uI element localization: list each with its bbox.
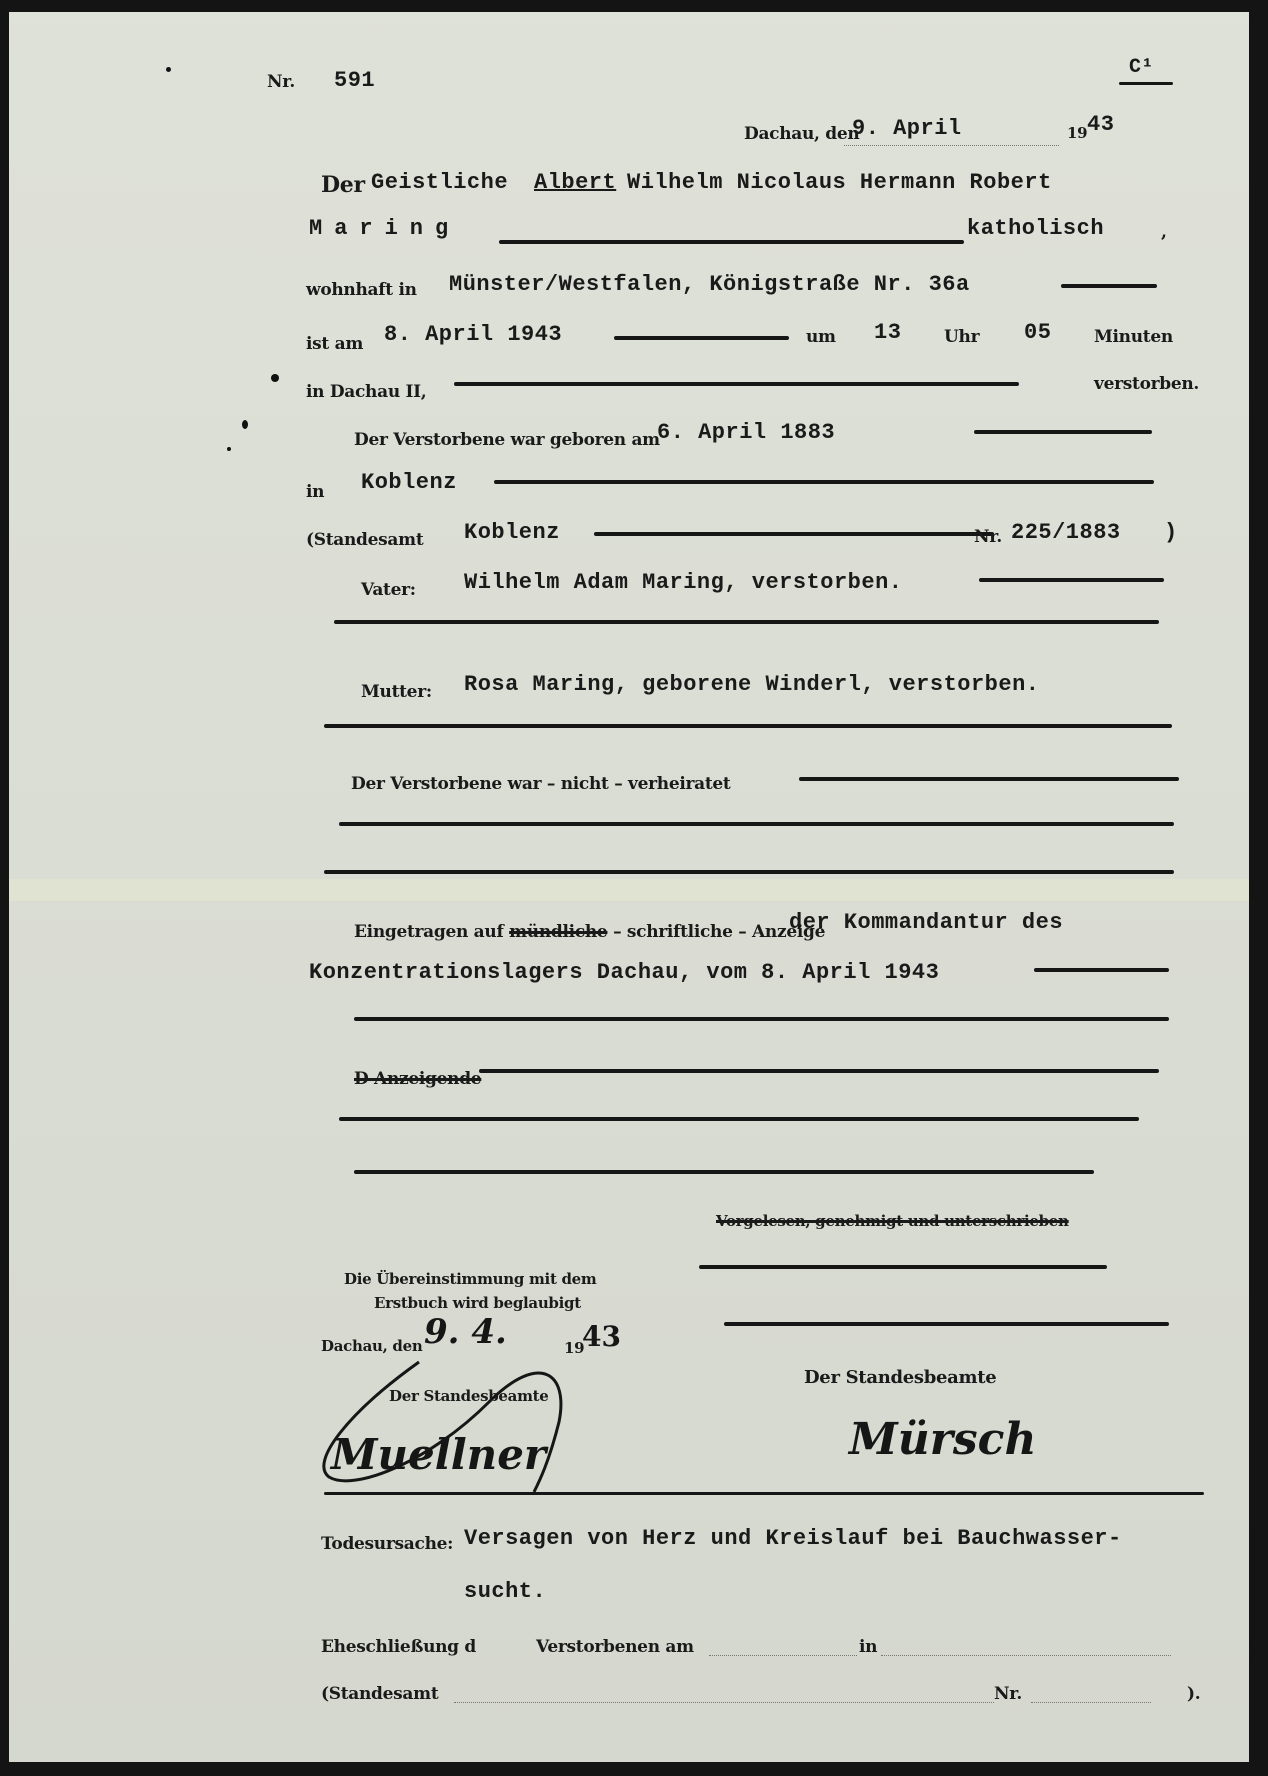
blank-line — [354, 1017, 1169, 1021]
marital-status-label: Der Verstorbene war – nicht – verheirate… — [351, 774, 731, 794]
occupation: Geistliche — [371, 170, 508, 195]
birth-registry-close: ) — [1164, 520, 1178, 545]
blank-line — [479, 1069, 1159, 1073]
birth-registry-nr-label: Nr. — [974, 527, 1002, 547]
blank-line — [699, 1265, 1107, 1269]
mother-value: Rosa Maring, geborene Winderl, verstorbe… — [464, 672, 1040, 697]
date-dotted-line — [844, 145, 1059, 146]
marriage-close: ). — [1187, 1684, 1200, 1704]
certification-line-2: Erstbuch wird beglaubigt — [374, 1294, 581, 1312]
died-label: verstorben. — [1094, 374, 1199, 394]
blank-line — [1034, 968, 1169, 972]
corner-underline — [1119, 82, 1173, 85]
religion: katholisch — [967, 216, 1104, 241]
ink-speck — [271, 374, 279, 382]
father-label: Vater: — [361, 580, 416, 600]
minute-label: Minuten — [1094, 327, 1173, 347]
blank-line — [974, 430, 1152, 434]
marriage-deceased-label: Verstorbenen am — [536, 1637, 694, 1657]
marriage-registry-label: (Standesamt — [321, 1684, 438, 1704]
blank-line — [1061, 284, 1157, 288]
cause-line-2: sucht. — [464, 1579, 546, 1604]
cause-label: Todesursache: — [321, 1534, 453, 1554]
birth-in-label: in — [306, 482, 324, 502]
birth-label: Der Verstorbene war geboren am — [354, 430, 660, 450]
marriage-place-field — [881, 1655, 1171, 1656]
register-number: 591 — [334, 68, 375, 93]
blank-line — [324, 724, 1172, 728]
given-names: Wilhelm Nicolaus Hermann Robert — [627, 170, 1052, 195]
informant-line-1: der Kommandantur des — [789, 910, 1063, 935]
ink-speck — [242, 420, 248, 429]
birth-place: Koblenz — [361, 470, 457, 495]
death-minute: 05 — [1024, 320, 1051, 345]
registrar-title: Der Standesbeamte — [804, 1367, 996, 1388]
blank-line — [339, 1117, 1139, 1121]
father-value: Wilhelm Adam Maring, verstorben. — [464, 570, 902, 595]
record-date: 9. April — [852, 116, 962, 141]
blank-line — [354, 1170, 1094, 1174]
certification-signature: Muellner — [331, 1430, 546, 1479]
cause-line-1: Versagen von Herz und Kreislauf bei Bauc… — [464, 1526, 1122, 1551]
blank-line — [614, 336, 789, 340]
blank-line — [324, 870, 1174, 874]
year-suffix: 43 — [1087, 112, 1114, 137]
blank-line — [979, 578, 1164, 582]
year-prefix: 19 — [1067, 124, 1087, 142]
birth-date: 6. April 1883 — [657, 420, 835, 445]
blank-line — [339, 822, 1174, 826]
register-label: Nr. — [267, 72, 295, 92]
paper-fold — [9, 879, 1249, 901]
blank-line — [499, 240, 964, 244]
blank-line — [454, 382, 1019, 386]
mother-label: Mutter: — [361, 682, 432, 702]
marriage-nr-field — [1031, 1702, 1151, 1703]
blank-line — [724, 1322, 1169, 1326]
died-on-label: ist am — [306, 334, 363, 354]
comma: , — [1161, 222, 1167, 242]
marriage-nr-label: Nr. — [994, 1684, 1022, 1704]
registration-label: Eingetragen auf mündliche – schriftliche… — [354, 922, 825, 942]
place-date-label: Dachau, den — [744, 124, 859, 144]
birth-registry-label: (Standesamt — [306, 530, 423, 550]
hour-label: Uhr — [944, 327, 979, 347]
birth-registry-place: Koblenz — [464, 520, 560, 545]
ink-speck — [227, 447, 231, 451]
struck-word: mündliche — [509, 922, 607, 942]
registrar-signature: Mürsch — [849, 1414, 1036, 1465]
blank-line — [594, 532, 994, 536]
struck-read-label: Vorgelesen, genehmigt und unterschrieben — [716, 1212, 1069, 1230]
blank-line — [494, 480, 1154, 484]
death-date: 8. April 1943 — [384, 322, 562, 347]
informant-line-2: Konzentrationslagers Dachau, vom 8. Apri… — [309, 960, 939, 985]
marriage-in-label: in — [859, 1637, 877, 1657]
struck-informant-label: D Anzeigende — [354, 1069, 481, 1089]
blank-line — [799, 777, 1179, 781]
death-hour: 13 — [874, 320, 901, 345]
corner-mark: C¹ — [1129, 56, 1154, 79]
marriage-date-field — [709, 1655, 857, 1656]
ink-speck — [166, 67, 171, 72]
marriage-registry-field — [454, 1702, 994, 1703]
blank-line — [334, 620, 1159, 624]
intro-label: Der — [321, 172, 365, 198]
birth-registry-nr: 225/1883 — [1011, 520, 1121, 545]
registration-label-start: Eingetragen auf — [354, 922, 503, 942]
certification-line-1: Die Übereinstimmung mit dem — [344, 1270, 597, 1288]
section-divider — [324, 1492, 1204, 1495]
marriage-label: Eheschließung d — [321, 1637, 476, 1657]
residence-value: Münster/Westfalen, Königstraße Nr. 36a — [449, 272, 970, 297]
at-label: um — [806, 327, 836, 347]
residence-label: wohnhaft in — [306, 280, 417, 300]
civil-death-register-page: Nr. 591 C¹ Dachau, den 9. April 19 43 De… — [9, 12, 1249, 1762]
place-of-death-label: in Dachau II, — [306, 382, 426, 402]
surname: Maring — [309, 216, 460, 241]
first-name: Albert — [534, 170, 616, 195]
